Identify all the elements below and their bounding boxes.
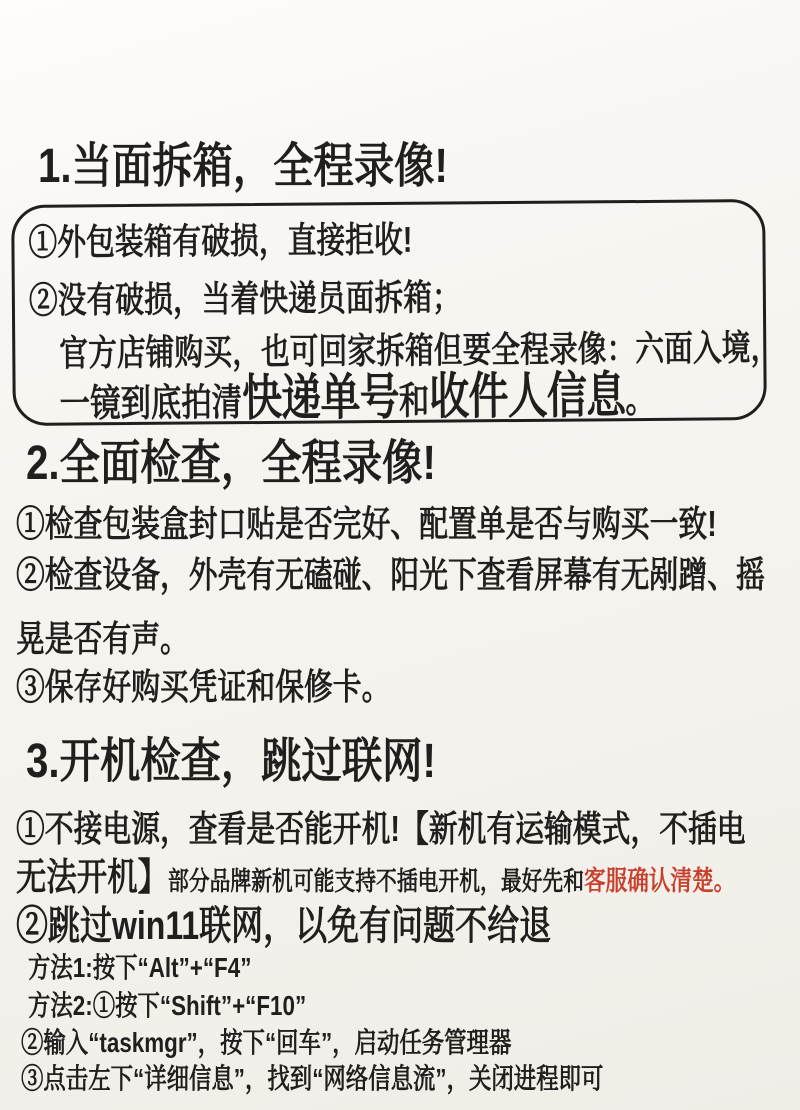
box-rule-4: 一镜到底拍清快递单号和收件人信息。 xyxy=(59,368,655,427)
box-rule-3: 官方店铺购买，也可回家拆箱但要全程录像：六面入境， xyxy=(59,329,779,374)
contact-support-warning: 客服确认清楚 xyxy=(584,866,714,896)
recipient-info-emphasis: 收件人信息 xyxy=(429,367,625,425)
inspect-item-1: ①检查包装盒封口贴是否完好、配置单是否与购买一致! xyxy=(16,505,717,544)
skip-method-2-step2: ②输入“taskmgr”，按下“回车”，启动任务管理器 xyxy=(21,1028,511,1058)
box-rule-2: ②没有破损，当着快递员面拆箱； xyxy=(29,278,461,320)
courier-number-emphasis: 快递单号 xyxy=(242,369,399,426)
box-rule-4-period: 。 xyxy=(625,379,656,421)
boot-item-2: ②跳过win11联网，以免有问题不给退 xyxy=(16,905,551,948)
infographic-page: 1.当面拆箱，全程录像! ①外包装箱有破损，直接拒收! ②没有破损，当着快递员面… xyxy=(0,0,800,1110)
boot-item-1-period: 。 xyxy=(714,866,736,896)
unboxing-rules-box: ①外包装箱有破损，直接拒收! ②没有破损，当着快递员面拆箱； 官方店铺购买，也可… xyxy=(11,199,767,426)
boot-item-1-line1: ①不接电源，查看是否能开机!【新机有运输模式，不插电 xyxy=(16,810,746,849)
transport-mode-emphasis: 无法开机】 xyxy=(16,857,168,899)
skip-method-2-step1: 方法2:①按下“Shift”+“F10” xyxy=(28,991,306,1021)
skip-method-1: 方法1:按下“Alt”+“F4” xyxy=(28,953,251,983)
skip-method-2-step3: ③点击左下“详细信息”，找到“网络信息流”，关闭进程即可 xyxy=(21,1064,603,1094)
section1-title: 1.当面拆箱，全程录像! xyxy=(38,141,448,193)
box-rule-4-connector: 和 xyxy=(399,381,430,423)
box-rule-4-prefix: 一镜到底拍清 xyxy=(60,382,243,425)
brand-note-text: 部分品牌新机可能支持不插电开机，最好先和 xyxy=(168,866,584,896)
boot-item-1-line2: 无法开机】部分品牌新机可能支持不插电开机，最好先和客服确认清楚。 xyxy=(16,858,735,899)
section2-title: 2.全面检查，全程录像! xyxy=(26,438,436,490)
box-rule-1: ①外包装箱有破损，直接拒收! xyxy=(28,221,412,263)
inspect-item-3: ③保存好购买凭证和保修卡。 xyxy=(16,668,390,707)
inspect-item-2-line1: ②检查设备，外壳有无磕碰、阳光下查看屏幕有无剐蹭、摇 xyxy=(16,556,765,595)
section3-title: 3.开机检查，跳过联网! xyxy=(26,736,436,788)
inspect-item-2-line2: 晃是否有声。 xyxy=(16,620,189,659)
